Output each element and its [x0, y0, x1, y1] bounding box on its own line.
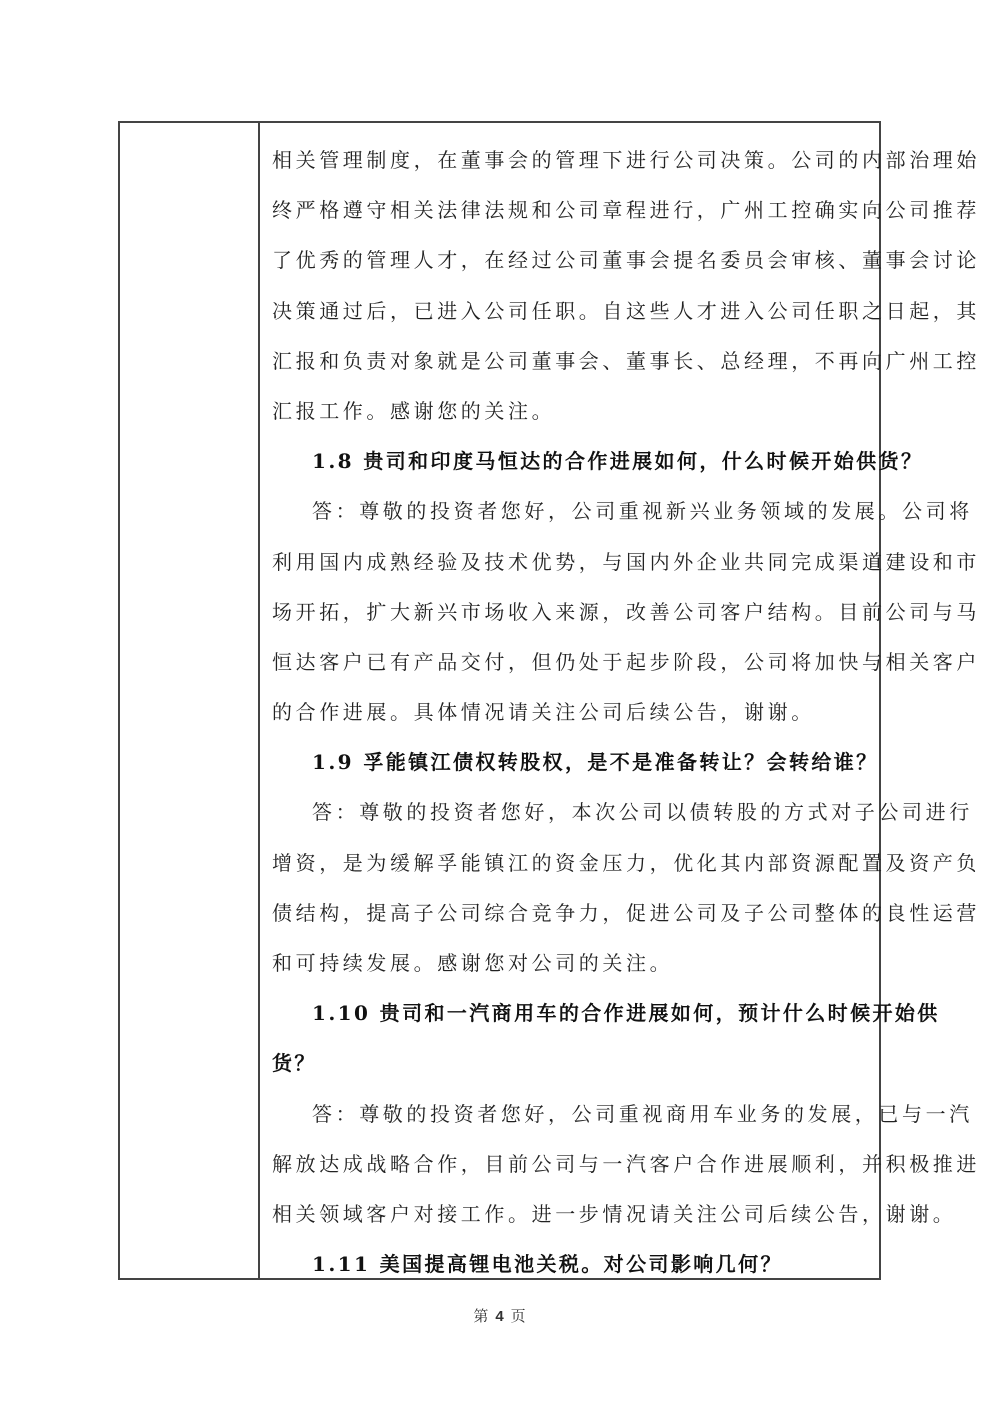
document-page: 相关管理制度，在董事会的管理下进行公司决策。公司的内部治理始终严格遵守相关法律法…	[0, 0, 1000, 1414]
page-footer: 第4页	[0, 1305, 1000, 1326]
page-footer-prefix: 第	[473, 1307, 489, 1325]
question-heading: 1.8 贵司和印度马恒达的合作进展如何，什么时候开始供货？	[272, 436, 872, 486]
body-text-line: 汇报和负责对象就是公司董事会、董事长、总经理，不再向广州工控	[272, 336, 872, 386]
body-text-line: 决策通过后，已进入公司任职。自这些人才进入公司任职之日起，其	[272, 286, 872, 336]
page-number: 4	[495, 1308, 504, 1325]
qa-content: 相关管理制度，在董事会的管理下进行公司决策。公司的内部治理始终严格遵守相关法律法…	[272, 135, 872, 1289]
body-text-line: 恒达客户已有产品交付，但仍处于起步阶段，公司将加快与相关客户	[272, 637, 872, 687]
body-text-line: 的合作进展。具体情况请关注公司后续公告，谢谢。	[272, 687, 872, 737]
table-label-column	[120, 123, 260, 1278]
body-text-line: 相关领域客户对接工作。进一步情况请关注公司后续公告，谢谢。	[272, 1189, 872, 1239]
question-heading-continued: 货？	[272, 1038, 872, 1088]
body-text-line: 场开拓，扩大新兴市场收入来源，改善公司客户结构。目前公司与马	[272, 587, 872, 637]
body-text-line: 解放达成战略合作，目前公司与一汽客户合作进展顺利，并积极推进	[272, 1139, 872, 1189]
answer-text-line: 答：尊敬的投资者您好，本次公司以债转股的方式对子公司进行	[272, 787, 872, 837]
body-text-line: 增资，是为缓解孚能镇江的资金压力，优化其内部资源配置及资产负	[272, 838, 872, 888]
body-text-line: 了优秀的管理人才，在经过公司董事会提名委员会审核、董事会讨论	[272, 235, 872, 285]
qa-table: 相关管理制度，在董事会的管理下进行公司决策。公司的内部治理始终严格遵守相关法律法…	[118, 121, 881, 1280]
body-text-line: 债结构，提高子公司综合竞争力，促进公司及子公司整体的良性运营	[272, 888, 872, 938]
answer-text-line: 答：尊敬的投资者您好，公司重视商用车业务的发展，已与一汽	[272, 1089, 872, 1139]
question-heading: 1.10 贵司和一汽商用车的合作进展如何，预计什么时候开始供	[272, 988, 872, 1038]
question-heading: 1.9 孚能镇江债权转股权，是不是准备转让？会转给谁？	[272, 737, 872, 787]
question-heading: 1.11 美国提高锂电池关税。对公司影响几何？	[272, 1239, 872, 1289]
body-text-line: 汇报工作。感谢您的关注。	[272, 386, 872, 436]
page-footer-suffix: 页	[511, 1307, 527, 1325]
body-text-line: 和可持续发展。感谢您对公司的关注。	[272, 938, 872, 988]
body-text-line: 终严格遵守相关法律法规和公司章程进行，广州工控确实向公司推荐	[272, 185, 872, 235]
body-text-line: 利用国内成熟经验及技术优势，与国内外企业共同完成渠道建设和市	[272, 537, 872, 587]
answer-text-line: 答：尊敬的投资者您好，公司重视新兴业务领域的发展。公司将	[272, 486, 872, 536]
table-content-column: 相关管理制度，在董事会的管理下进行公司决策。公司的内部治理始终严格遵守相关法律法…	[260, 123, 879, 1278]
body-text-line: 相关管理制度，在董事会的管理下进行公司决策。公司的内部治理始	[272, 135, 872, 185]
